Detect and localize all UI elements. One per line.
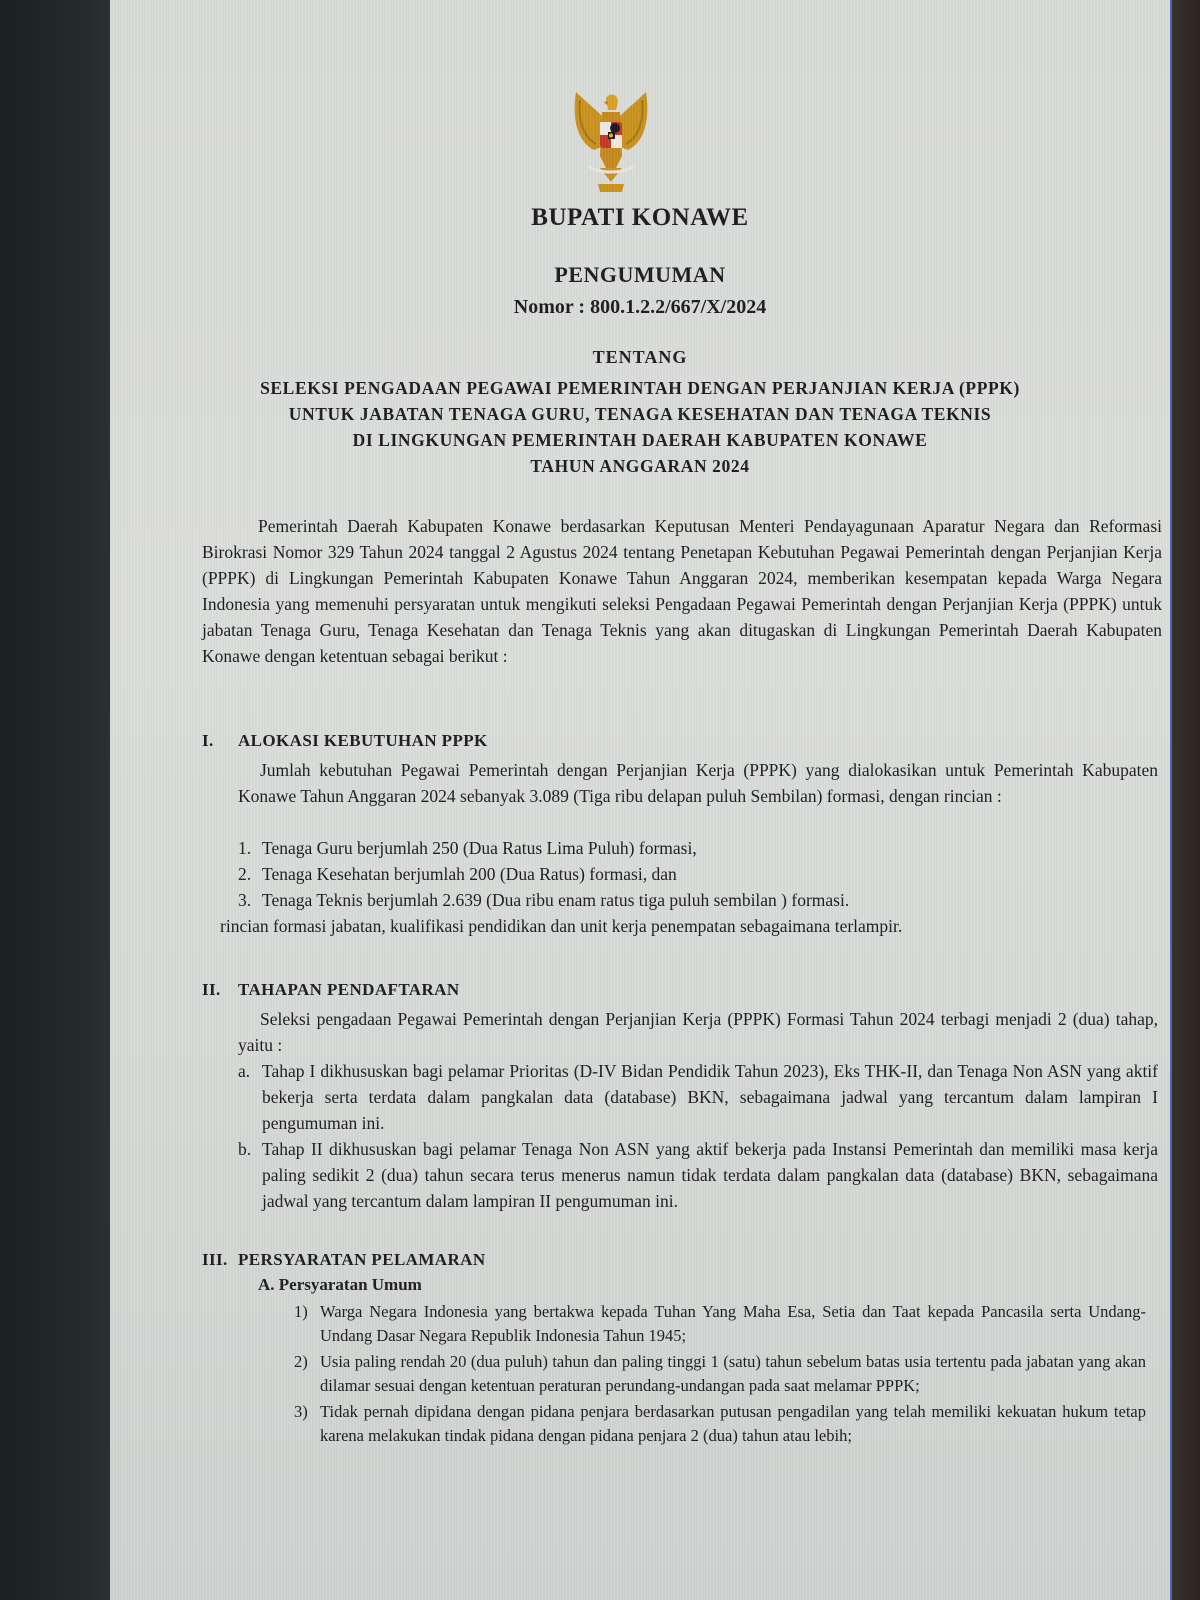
document-number: Nomor : 800.1.2.2/667/X/2024 <box>110 296 1170 319</box>
list-item: 1)Warga Negara Indonesia yang bertakwa k… <box>294 1300 1146 1348</box>
section-paragraph: Jumlah kebutuhan Pegawai Pemerintah deng… <box>238 757 1158 809</box>
list-text: Tenaga Guru berjumlah 250 (Dua Ratus Lim… <box>262 838 697 858</box>
list-text: Tenaga Kesehatan berjumlah 200 (Dua Ratu… <box>262 864 677 884</box>
list-text: Tahap I dikhususkan bagi pelamar Priorit… <box>262 1058 1158 1136</box>
section-number: II. <box>202 980 238 1000</box>
list-number: a. <box>238 1058 262 1136</box>
list-item: 2)Usia paling rendah 20 (dua puluh) tahu… <box>294 1350 1146 1398</box>
section-heading-persyaratan: III.PERSYARATAN PELAMARAN <box>202 1250 486 1270</box>
list-text: Tahap II dikhususkan bagi pelamar Tenaga… <box>262 1136 1158 1214</box>
about-label: TENTANG <box>110 347 1170 368</box>
list-number: 3) <box>294 1400 320 1448</box>
title-line: DI LINGKUNGAN PEMERINTAH DAERAH KABUPATE… <box>110 427 1170 453</box>
list-item: 3)Tidak pernah dipidana dengan pidana pe… <box>294 1400 1146 1448</box>
list-item: b.Tahap II dikhususkan bagi pelamar Tena… <box>238 1136 1158 1214</box>
list-text: Tidak pernah dipidana dengan pidana penj… <box>320 1400 1146 1448</box>
section-heading-tahapan: II.TAHAPAN PENDAFTARAN <box>202 980 460 1000</box>
list-item: 2.Tenaga Kesehatan berjumlah 200 (Dua Ra… <box>238 861 1158 887</box>
list-text: Usia paling rendah 20 (dua puluh) tahun … <box>320 1350 1146 1398</box>
document-title: SELEKSI PENGADAAN PEGAWAI PEMERINTAH DEN… <box>110 375 1170 479</box>
title-line: UNTUK JABATAN TENAGA GURU, TENAGA KESEHA… <box>110 401 1170 427</box>
list-number: 2) <box>294 1350 320 1398</box>
section-number: I. <box>202 731 238 751</box>
issuer-heading: BUPATI KONAWE <box>110 204 1170 232</box>
allocation-list: 1.Tenaga Guru berjumlah 250 (Dua Ratus L… <box>238 835 1158 939</box>
list-number: 1) <box>294 1300 320 1348</box>
list-number: 1. <box>238 835 262 861</box>
section-paragraph: Seleksi pengadaan Pegawai Pemerintah den… <box>238 1006 1158 1058</box>
list-number: 3. <box>238 887 262 913</box>
document-type-heading: PENGUMUMAN <box>110 262 1170 288</box>
title-line: SELEKSI PENGADAAN PEGAWAI PEMERINTAH DEN… <box>110 375 1170 401</box>
section-title: PERSYARATAN PELAMARAN <box>238 1250 486 1269</box>
garuda-emblem-icon <box>570 86 652 196</box>
list-number: 2. <box>238 861 262 887</box>
list-item: a.Tahap I dikhususkan bagi pelamar Prior… <box>238 1058 1158 1136</box>
section-closing: rincian formasi jabatan, kualifikasi pen… <box>220 913 1158 939</box>
section-number: III. <box>202 1250 238 1270</box>
monitor-bezel-right <box>1170 0 1200 1600</box>
section-title: TAHAPAN PENDAFTARAN <box>238 980 460 999</box>
list-item: 3.Tenaga Teknis berjumlah 2.639 (Dua rib… <box>238 887 1158 913</box>
stage-list: a.Tahap I dikhususkan bagi pelamar Prior… <box>238 1058 1158 1214</box>
section-heading-alokasi: I.ALOKASI KEBUTUHAN PPPK <box>202 731 488 751</box>
document-page: BUPATI KONAWE PENGUMUMAN Nomor : 800.1.2… <box>110 0 1170 1600</box>
title-line: TAHUN ANGGARAN 2024 <box>110 453 1170 479</box>
subsection-heading: A. Persyaratan Umum <box>258 1275 422 1295</box>
requirements-list: 1)Warga Negara Indonesia yang bertakwa k… <box>294 1300 1146 1450</box>
list-number: b. <box>238 1136 262 1214</box>
monitor-bezel-left <box>0 0 110 1600</box>
list-item: 1.Tenaga Guru berjumlah 250 (Dua Ratus L… <box>238 835 1158 861</box>
section-title: ALOKASI KEBUTUHAN PPPK <box>238 731 488 750</box>
list-text: Warga Negara Indonesia yang bertakwa kep… <box>320 1300 1146 1348</box>
list-text: Tenaga Teknis berjumlah 2.639 (Dua ribu … <box>262 890 849 910</box>
intro-paragraph: Pemerintah Daerah Kabupaten Konawe berda… <box>202 513 1162 669</box>
